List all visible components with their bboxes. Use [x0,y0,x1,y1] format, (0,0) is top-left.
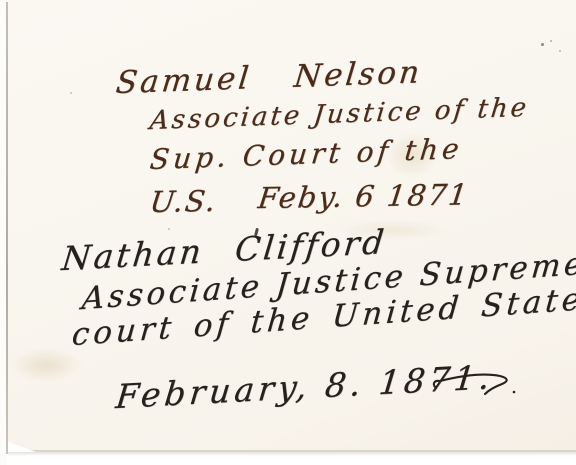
nelson-date: Feby. 6 1871 [256,180,470,213]
dust-speck [559,50,561,52]
scanned-page: Samuel Nelson Associate Justice of the S… [0,0,576,465]
paper-bottom-shadow [8,452,576,456]
scanner-edge-line [6,2,8,454]
pen-flourish-icon [422,368,522,400]
signature-samuel-nelson: Samuel Nelson [114,57,423,99]
nelson-date-line: U.S. Feby. 6 1871 [148,187,219,217]
paper: Samuel Nelson Associate Justice of the S… [8,0,576,452]
nelson-title-line-1: Associate Justice of the [149,95,531,134]
dust-speck [541,43,544,46]
dust-speck [550,40,552,42]
nelson-us-abbreviation: U.S. [148,184,219,219]
dust-speck [168,228,170,230]
dust-speck [70,92,72,94]
